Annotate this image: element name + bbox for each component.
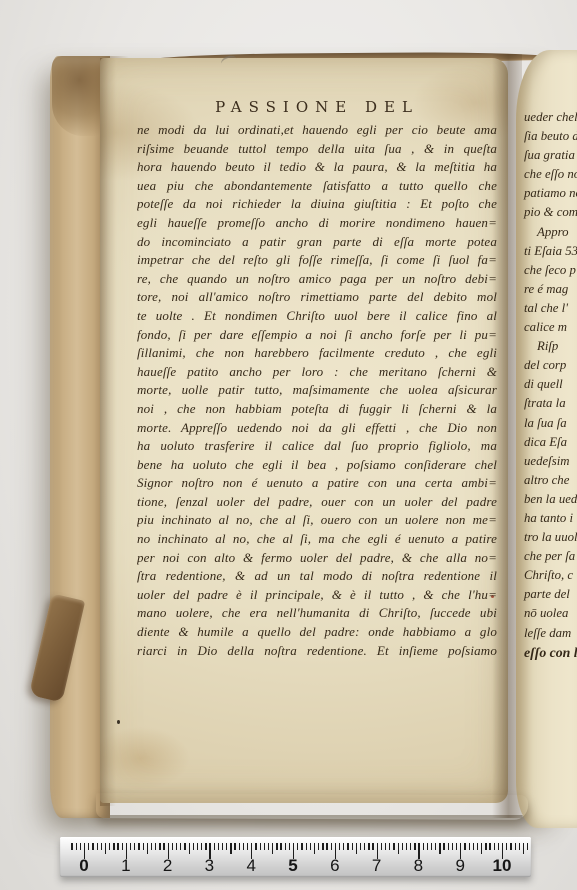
ruler-number: 6: [330, 856, 339, 876]
edge-text-line: eſſo con l: [524, 643, 577, 662]
text-line: poteſſe da noi richieder la diuina giuſt…: [137, 195, 497, 214]
text-line: ſillanimi, che non harebbero facilmente …: [137, 344, 497, 363]
text-line: fondo, ſi per dare eſſempio a noi ſi anc…: [137, 326, 497, 345]
ruler-tick: [255, 843, 256, 850]
ruler-tick: [234, 843, 235, 850]
ruler-tick: [205, 843, 206, 850]
ruler-tick: [339, 843, 340, 850]
ruler-tick: [477, 843, 478, 850]
ruler-scale: 012345678910: [60, 837, 531, 877]
ruler-tick: [222, 843, 223, 850]
ruler-tick: [230, 843, 231, 854]
ruler-tick: [272, 843, 273, 854]
ruler-tick: [326, 843, 327, 850]
text-line: riarci in Dio della noſtra redentione. E…: [137, 642, 497, 661]
ruler-number: 1: [121, 856, 130, 876]
ruler-tick: [264, 843, 265, 850]
edge-text-line: che ſeco p: [524, 261, 577, 280]
ruler-tick: [247, 843, 248, 850]
ruler-tick: [506, 843, 507, 850]
edge-text-line: di quell: [524, 375, 577, 394]
ruler-tick: [180, 843, 181, 850]
ruler-tick: [443, 843, 444, 850]
ruler-tick: [498, 843, 499, 850]
ruler-tick: [280, 843, 281, 850]
text-line: uea piu che abondantemente ſatisfatto a …: [137, 177, 497, 196]
ruler-tick: [385, 843, 386, 850]
ruler-tick: [360, 843, 361, 850]
ruler-number: 2: [163, 856, 172, 876]
ruler-tick: [285, 843, 286, 850]
ruler-tick: [239, 843, 240, 850]
text-line: piu inchinato al no, che al ſi, ouero co…: [137, 511, 497, 530]
edge-text-line: ueder chel: [524, 108, 577, 127]
edge-text-line: dica Eſa: [524, 433, 577, 452]
edge-text-line: la ſua ſa: [524, 414, 577, 433]
ruler-tick: [197, 843, 198, 850]
ruler-tick: [117, 843, 118, 850]
ruler-tick: [260, 843, 261, 850]
text-line: tione, ſenzal uoler del padre, ouer con …: [137, 493, 497, 512]
edge-text-line: calice m: [524, 318, 577, 337]
ruler-tick: [172, 843, 173, 850]
edge-text-line: tal che l': [524, 299, 577, 318]
text-line: tore, noi all'amico noſtro rimettiamo pa…: [137, 288, 497, 307]
edge-text-line: tro la uuol: [524, 528, 577, 547]
edge-text-line: nō uolea: [524, 604, 577, 623]
ruler-tick: [364, 843, 365, 850]
ruler-tick: [410, 843, 411, 850]
ruler-tick: [147, 843, 148, 854]
edge-text-line: parte del: [524, 585, 577, 604]
edge-text-line: del corp: [524, 356, 577, 375]
text-line: mano uolere, che era nell'humanita di Ch…: [137, 604, 497, 623]
edge-text-line: ha tanto i: [524, 509, 577, 528]
text-line: te uolte . Et nondimen Chriſto uuol bere…: [137, 307, 497, 326]
ruler-tick: [372, 843, 373, 850]
ruler-tick: [189, 843, 190, 854]
ruler-tick: [439, 843, 440, 854]
ruler-tick: [143, 843, 144, 850]
ruler-tick: [159, 843, 160, 850]
edge-text-line: ti Eſaia 53: [524, 242, 577, 261]
ruler-tick: [423, 843, 424, 850]
edge-text-line: pio & com: [524, 203, 577, 222]
ruler-tick: [214, 843, 215, 850]
edge-text-line: ben la ued: [524, 490, 577, 509]
ruler-tick: [71, 843, 72, 850]
ruler-number: 8: [414, 856, 423, 876]
ruler-tick: [343, 843, 344, 850]
ruler-tick: [352, 843, 353, 850]
text-line: haueſſe patito ancho per loro : che meri…: [137, 363, 497, 382]
ruler-tick: [318, 843, 319, 850]
ruler-tick: [494, 843, 495, 850]
ruler-tick: [368, 843, 369, 850]
edge-text-line: che per ſa: [524, 547, 577, 566]
ruler-tick: [431, 843, 432, 850]
ruler-tick: [122, 843, 123, 850]
ruler-tick: [92, 843, 93, 850]
ruler-tick: [448, 843, 449, 850]
ruler-number: 10: [493, 856, 512, 876]
ruler-tick: [481, 843, 482, 854]
ruler-tick: [276, 843, 277, 850]
ruler-tick: [101, 843, 102, 850]
page-block-bottom-edge: [96, 793, 528, 820]
text-line: morte. Appreſſo uedendo noi da gli effet…: [137, 419, 497, 438]
edge-text-line: ſua gratia ſ: [524, 146, 577, 165]
ruler-tick: [130, 843, 131, 850]
ruler-tick: [88, 843, 89, 850]
ink-speck: [117, 720, 120, 724]
ruler-tick: [310, 843, 311, 850]
text-line: do incominciato a patir gran parte di eſ…: [137, 233, 497, 252]
ruler-tick: [464, 843, 465, 850]
text-line: impetrar che del reſto gli foſſe rimeſſa…: [137, 251, 497, 270]
ruler-tick: [389, 843, 390, 850]
ruler-tick: [402, 843, 403, 850]
ruler-tick: [176, 843, 177, 850]
text-line: morte, uolle patir tutto, maſsimamente c…: [137, 381, 497, 400]
ruler-tick: [289, 843, 290, 850]
edge-text-line: altro che: [524, 471, 577, 490]
ruler-tick: [414, 843, 415, 850]
edge-text-line: re é mag: [524, 280, 577, 299]
ruler-tick: [226, 843, 227, 850]
ruler-tick: [381, 843, 382, 850]
ruler-tick: [523, 843, 524, 854]
ruler-tick: [306, 843, 307, 850]
ruler-tick: [331, 843, 332, 850]
ruler-tick: [193, 843, 194, 850]
text-line: diente & humile a quello del padre: onde…: [137, 623, 497, 642]
edge-text-line: Appro: [524, 223, 577, 242]
ruler-tick: [184, 843, 185, 850]
ruler-tick: [201, 843, 202, 850]
ruler-tick: [393, 843, 394, 850]
text-line: re, che quando un noſtro amico paga per …: [137, 270, 497, 289]
ruler-number: 0: [79, 856, 88, 876]
text-line: ſtra redentione, & ad un tal modo di noſ…: [137, 567, 497, 586]
ruler-number: 9: [455, 856, 464, 876]
ruler-tick: [427, 843, 428, 850]
ruler-tick: [398, 843, 399, 854]
ruler-tick: [105, 843, 106, 854]
photo-scene: PASSIONE DEL ne modi da lui ordinati,et …: [0, 0, 577, 890]
right-page-text: ueder chelſia beuto daſua gratia ſche eſ…: [524, 108, 577, 662]
text-line: ne modi da lui ordinati,et hauendo egli …: [137, 121, 497, 140]
text-line: noi , che non habbiam poteſta di fuggir …: [137, 400, 497, 419]
ruler-tick: [301, 843, 302, 850]
ruler-tick: [435, 843, 436, 850]
ruler-tick: [347, 843, 348, 850]
ruler-tick: [243, 843, 244, 850]
edge-text-line: ſtrata la: [524, 394, 577, 413]
ruler-tick: [314, 843, 315, 854]
ruler-tick: [113, 843, 114, 850]
ruler-tick: [138, 843, 139, 850]
ruler-tick: [134, 843, 135, 850]
ruler: 012345678910: [60, 837, 531, 877]
edge-text-line: Chriſto, c: [524, 566, 577, 585]
edge-text-line: Riſp: [524, 337, 577, 356]
ruler-tick: [452, 843, 453, 850]
edge-text-line: che eſſo no: [524, 165, 577, 184]
ruler-tick: [268, 843, 269, 850]
ruler-tick: [485, 843, 486, 850]
edge-text-line: ſia beuto da: [524, 127, 577, 146]
ruler-tick: [109, 843, 110, 850]
ruler-number: 4: [246, 856, 255, 876]
page-running-header: PASSIONE DEL: [137, 98, 497, 116]
ruler-tick: [151, 843, 152, 850]
text-line: Signor noſtro non é uenuto a patire con …: [137, 474, 497, 493]
page-body-text: ne modi da lui ordinati,et hauendo egli …: [137, 121, 497, 660]
ruler-tick: [80, 843, 81, 850]
edge-text-line: leſſe dam: [524, 624, 577, 643]
text-line: riſsime beuande tuttol tempo della uita …: [137, 140, 497, 159]
ruler-tick: [510, 843, 511, 850]
text-line: uoler del padre è il principale, & è il …: [137, 586, 497, 605]
ruler-tick: [97, 843, 98, 850]
ruler-tick: [515, 843, 516, 850]
text-line: bene ha uoluto che egli il bea , poſsiam…: [137, 456, 497, 475]
ruler-tick: [527, 843, 528, 850]
ruler-tick: [473, 843, 474, 850]
text-line: egli haueſſe promeſſo ancho di morire no…: [137, 214, 497, 233]
edge-text-line: uedeſsim: [524, 452, 577, 471]
edge-text-line: patiamo no: [524, 184, 577, 203]
ruler-tick: [456, 843, 457, 850]
text-line: per noi con alto & fermo uoler del padre…: [137, 549, 497, 568]
ruler-tick: [322, 843, 323, 850]
ruler-tick: [356, 843, 357, 854]
ruler-tick: [469, 843, 470, 850]
ruler-tick: [155, 843, 156, 850]
ruler-tick: [519, 843, 520, 850]
ruler-tick: [76, 843, 77, 850]
ruler-number: 5: [288, 856, 297, 876]
ruler-number: 3: [205, 856, 214, 876]
ruler-number: 7: [372, 856, 381, 876]
text-line: no inchinato al no, che al ſi, ma che eg…: [137, 530, 497, 549]
ruler-tick: [489, 843, 490, 850]
ruler-tick: [406, 843, 407, 850]
text-line: hora hauendo beuto il tedio & la paura, …: [137, 158, 497, 177]
text-line: ha uoluto trasferire il calice dal ſuo p…: [137, 437, 497, 456]
cover-hinge-shadow: [100, 58, 116, 806]
ruler-tick: [297, 843, 298, 850]
ruler-tick: [163, 843, 164, 850]
ruler-tick: [218, 843, 219, 850]
